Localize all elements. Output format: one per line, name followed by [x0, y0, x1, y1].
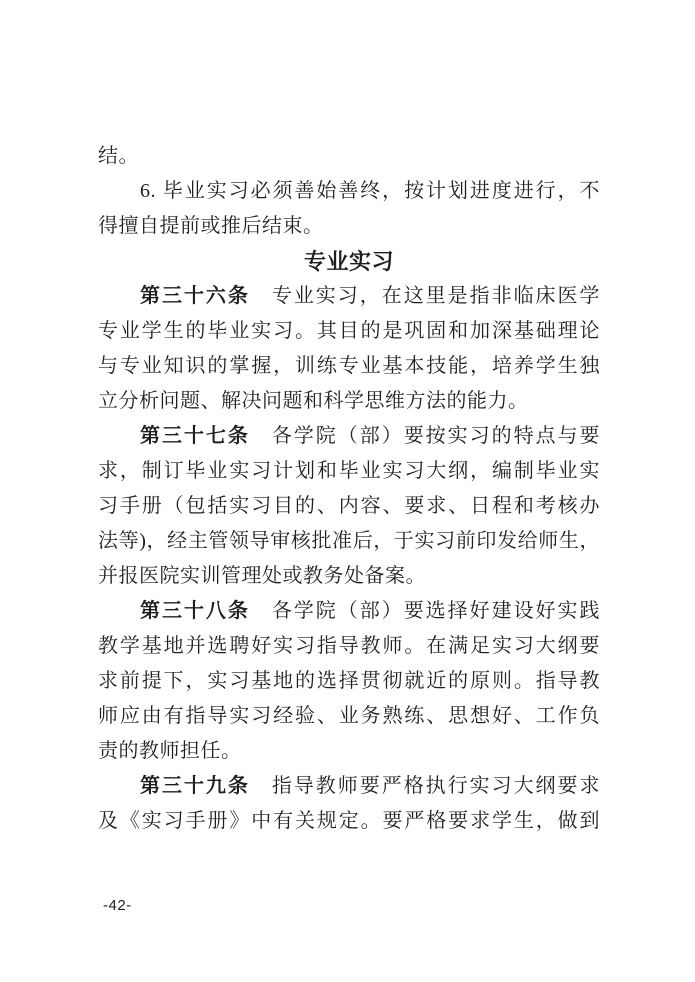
article-number: 第三十九条: [140, 775, 250, 797]
text-line: 与专业知识的掌握，训练专业基本技能，培养学生独: [98, 349, 600, 384]
text-run: 得擅自提前或推后结束。: [98, 215, 324, 237]
text-run: 结。: [98, 145, 139, 167]
text-run: 及《实习手册》中有关规定。要严格要求学生，做到: [98, 810, 600, 832]
text-line: 得擅自提前或推后结束。: [98, 209, 600, 244]
text-run: 各学院（部）要按实习的特点与要: [250, 425, 600, 447]
text-run: 师应由有指导实习经验、业务熟练、思想好、工作负: [98, 705, 600, 727]
text-run: 指导教师要严格执行实习大纲要求: [250, 775, 600, 797]
article-number: 第三十八条: [140, 600, 250, 622]
text-run: 各学院（部）要选择好建设好实践: [250, 600, 600, 622]
text-run: 求，制订毕业实习计划和毕业实习大纲，编制毕业实: [98, 460, 600, 482]
text-line: 习手册（包括实习目的、内容、要求、日程和考核办: [98, 489, 600, 524]
text-line: 立分析问题、解决问题和科学思维方法的能力。: [98, 384, 600, 419]
text-line: 师应由有指导实习经验、业务熟练、思想好、工作负: [98, 699, 600, 734]
article-number: 第三十七条: [140, 425, 250, 447]
text-run: 习手册（包括实习目的、内容、要求、日程和考核办: [98, 495, 600, 517]
text-run: 立分析问题、解决问题和科学思维方法的能力。: [98, 390, 529, 412]
text-line: 求，制订毕业实习计划和毕业实习大纲，编制毕业实: [98, 454, 600, 489]
text-line: 结。: [98, 139, 600, 174]
text-line: 6. 毕业实习必须善始善终，按计划进度进行，不: [98, 174, 600, 209]
document-body: 结。6. 毕业实习必须善始善终，按计划进度进行，不得擅自提前或推后结束。专业实习…: [98, 139, 600, 839]
text-line: 并报医院实训管理处或教务处备案。: [98, 559, 600, 594]
text-run: 专业实习: [304, 249, 394, 274]
text-line: 责的教师担任。: [98, 734, 600, 769]
text-line: 及《实习手册》中有关规定。要严格要求学生，做到: [98, 804, 600, 839]
text-line: 第三十九条 指导教师要严格执行实习大纲要求: [98, 769, 600, 804]
text-line: 第三十六条 专业实习，在这里是指非临床医学: [98, 279, 600, 314]
text-line: 专业学生的毕业实习。其目的是巩固和加深基础理论: [98, 314, 600, 349]
text-run: 与专业知识的掌握，训练专业基本技能，培养学生独: [98, 355, 600, 377]
text-line: 第三十七条 各学院（部）要按实习的特点与要: [98, 419, 600, 454]
text-run: 责的教师担任。: [98, 740, 242, 762]
text-line: 法等)，经主管领导审核批准后，于实习前印发给师生，: [98, 524, 600, 559]
text-run: 教学基地并选聘好实习指导教师。在满足实习大纲要: [98, 635, 600, 657]
text-run: 专业学生的毕业实习。其目的是巩固和加深基础理论: [98, 320, 600, 342]
text-run: 专业实习，在这里是指非临床医学: [250, 285, 600, 307]
document-page: 结。6. 毕业实习必须善始善终，按计划进度进行，不得擅自提前或推后结束。专业实习…: [0, 0, 695, 982]
text-run: 并报医院实训管理处或教务处备案。: [98, 565, 426, 587]
section-heading: 专业实习: [98, 244, 600, 279]
text-run: 求前提下，实习基地的选择贯彻就近的原则。指导教: [98, 670, 600, 692]
text-run: 6. 毕业实习必须善始善终，按计划进度进行，不: [140, 180, 600, 202]
text-line: 求前提下，实习基地的选择贯彻就近的原则。指导教: [98, 664, 600, 699]
article-number: 第三十六条: [140, 285, 250, 307]
text-line: 教学基地并选聘好实习指导教师。在满足实习大纲要: [98, 629, 600, 664]
text-run: 法等)，经主管领导审核批准后，于实习前印发给师生，: [98, 530, 600, 552]
page-number: -42-: [103, 896, 132, 916]
text-line: 第三十八条 各学院（部）要选择好建设好实践: [98, 594, 600, 629]
